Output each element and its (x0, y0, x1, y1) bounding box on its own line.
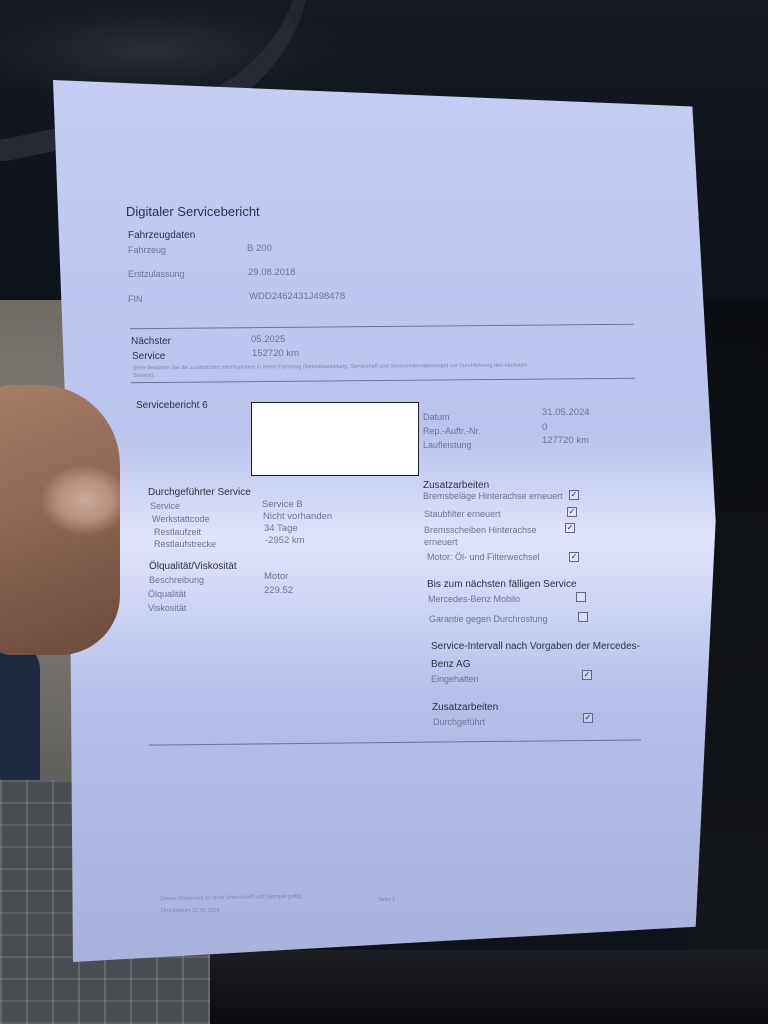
mileage-value: 127720 km (542, 435, 589, 446)
rust-warranty-label: Garantie gegen Durchrostung (429, 614, 548, 624)
order-number-label: Rep.-Auftr.-Nr. (423, 426, 481, 436)
checkbox-checked[interactable]: ✓ (567, 507, 577, 517)
remaining-time-label: Restlaufzeit (154, 527, 201, 537)
extra-work-heading: Zusatzarbeiten (432, 702, 498, 713)
additional-item-1: Bremsbeläge Hinterachse erneuert (423, 491, 563, 501)
checkbox-checked[interactable]: ✓ (582, 670, 592, 680)
remaining-distance-value: -2952 km (265, 535, 305, 546)
checkbox-checked[interactable]: ✓ (565, 523, 575, 533)
until-next-heading: Bis zum nächsten fälligen Service (427, 579, 577, 590)
jacket-sleeve (0, 640, 40, 780)
vehicle-data-heading: Fahrzeugdaten (128, 230, 195, 241)
oil-description-label: Beschreibung (149, 575, 204, 585)
oil-quality-label: Ölqualität (148, 589, 186, 599)
remaining-distance-label: Restlaufstrecke (154, 539, 216, 549)
interval-status-label: Eingehalten (431, 674, 479, 684)
additional-item-3: Bremsscheiben Hinterachse (424, 525, 537, 535)
extra-work-status-label: Durchgeführt (433, 717, 485, 727)
next-service-note-1: (Bitte beachten Sie die zusätzlichen Inf… (133, 363, 527, 372)
divider (149, 739, 641, 745)
interval-heading-2: Benz AG (431, 659, 470, 670)
next-service-date: 05.2025 (251, 334, 285, 345)
holding-hand (0, 385, 120, 655)
interval-heading-1: Service-Intervall nach Vorgaben der Merc… (431, 641, 640, 652)
next-service-note-2: Service) (133, 373, 153, 379)
registration-label: Erstzulassung (128, 269, 185, 279)
remaining-time-value: 34 Tage (264, 523, 298, 534)
car-floor (210, 950, 768, 1024)
vehicle-value: B 200 (247, 243, 272, 254)
report-heading: Servicebericht 6 (136, 400, 208, 411)
oil-heading: Ölqualität/Viskosität (149, 561, 237, 572)
mileage-label: Laufleistung (423, 440, 472, 450)
divider (131, 378, 635, 383)
checkbox-checked[interactable]: ✓ (583, 713, 593, 723)
next-service-label-2: Service (132, 351, 165, 362)
checkbox-checked[interactable]: ✓ (569, 552, 579, 562)
service-type-label: Service (150, 501, 180, 511)
footer-print-date: Druckdatum 31.05.2024 (161, 908, 220, 914)
additional-work-heading: Zusatzarbeiten (423, 480, 489, 491)
order-number-value: 0 (542, 422, 547, 433)
document-title: Digitaler Servicebericht (126, 204, 260, 219)
oil-quality-value: 229.52 (264, 585, 293, 596)
performed-service-heading: Durchgeführter Service (148, 487, 251, 498)
next-service-mileage: 152720 km (252, 348, 299, 359)
checkbox-unchecked[interactable] (576, 592, 586, 602)
oil-description-value: Motor (264, 571, 288, 582)
footer-page-number: Seite 1 (378, 897, 395, 903)
date-label: Datum (423, 412, 450, 422)
viscosity-label: Viskosität (148, 603, 186, 613)
next-service-label-1: Nächster (131, 336, 171, 347)
checkbox-checked[interactable]: ✓ (569, 490, 579, 500)
workshop-code-label: Werkstattcode (152, 514, 209, 524)
footer-validity: Dieses Dokument ist ohne Unterschrift un… (160, 894, 303, 902)
service-type-value: Service B (262, 499, 303, 510)
redacted-box (251, 402, 419, 476)
workshop-code-value: Nicht vorhanden (263, 511, 332, 522)
vin-value: WDD2462431J498478 (249, 291, 345, 302)
additional-item-3-cont: erneuert (424, 537, 458, 547)
mobilo-label: Mercedes-Benz Mobilo (428, 594, 520, 604)
additional-item-4: Motor: Öl- und Filterwechsel (427, 552, 540, 562)
vehicle-label: Fahrzeug (128, 245, 166, 255)
vin-label: FIN (128, 294, 143, 304)
registration-value: 29.08.2018 (248, 267, 296, 278)
divider (130, 324, 634, 329)
additional-item-2: Staubfilter erneuert (424, 509, 501, 519)
date-value: 31.05.2024 (542, 407, 590, 418)
checkbox-unchecked[interactable] (578, 612, 588, 622)
service-report-paper: Digitaler Servicebericht Fahrzeugdaten F… (53, 80, 719, 962)
